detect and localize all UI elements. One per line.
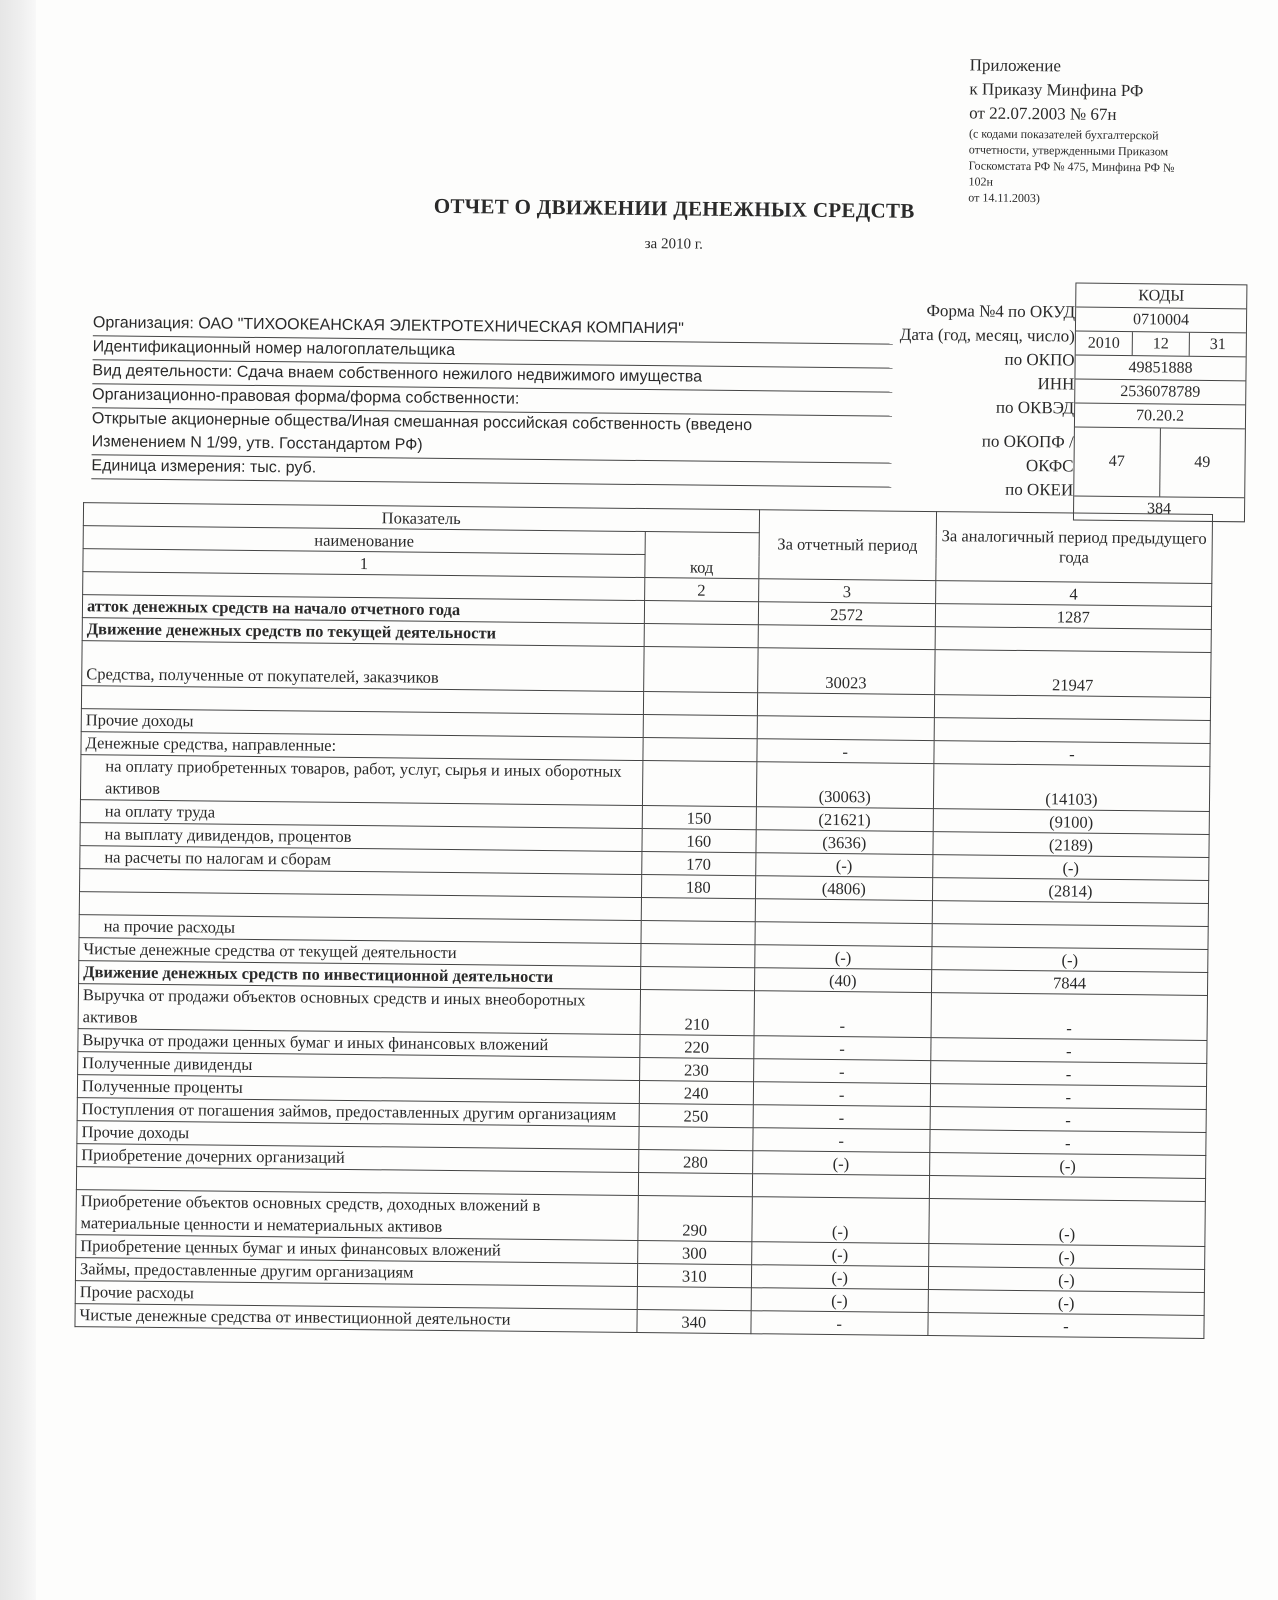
code-okud: 0710004 — [1076, 308, 1246, 334]
row-previous-value: - — [928, 1313, 1204, 1339]
row-previous-value: (-) — [929, 1199, 1206, 1247]
row-code: 230 — [639, 1058, 753, 1082]
row-code: 250 — [639, 1104, 753, 1128]
row-code — [644, 647, 758, 693]
row-code — [639, 1127, 753, 1151]
row-code: 210 — [640, 990, 754, 1036]
code-okopf-okfs: 47 49 — [1074, 428, 1245, 499]
row-current-value — [757, 716, 935, 741]
row-previous-value: (-) — [928, 1244, 1204, 1270]
row-current-value — [755, 899, 933, 924]
code-inn: 2536078789 — [1075, 380, 1245, 406]
appendix-note: Приложение к Приказу Минфина РФ от 22.07… — [968, 53, 1260, 208]
row-code: 240 — [639, 1081, 753, 1105]
row-current-value: - — [756, 739, 934, 764]
row-code — [644, 624, 758, 648]
row-name: Чистые денежные средства от инвестиционн… — [75, 1304, 637, 1333]
row-code: 160 — [642, 829, 756, 853]
row-current-value: - — [753, 1105, 931, 1130]
row-previous-value: - — [931, 1038, 1207, 1064]
table-body: атток денежных средств на начало отчетно… — [75, 595, 1212, 1339]
row-current-value: (-) — [755, 853, 933, 878]
row-previous-value: - — [934, 741, 1210, 767]
row-previous-value: (-) — [932, 947, 1208, 973]
row-code — [641, 944, 755, 968]
header-col-3: 3 — [758, 579, 936, 604]
row-current-value: (-) — [751, 1265, 929, 1290]
row-name: Приобретение объектов основных средств, … — [76, 1190, 638, 1241]
row-name: на оплату приобретенных товаров, работ, … — [80, 755, 642, 806]
document-page: Приложение к Приказу Минфина РФ от 22.07… — [0, 0, 1278, 1600]
row-current-value: (3636) — [756, 830, 934, 855]
code-date: 2010 12 31 — [1076, 332, 1246, 358]
row-code — [640, 967, 754, 991]
row-code: 220 — [640, 1035, 754, 1059]
row-code — [642, 761, 756, 807]
row-name: Выручка от продажи объектов основных сре… — [78, 984, 640, 1035]
row-previous-value: - — [930, 1061, 1206, 1087]
header-current: За отчетный период — [758, 510, 936, 581]
row-code: 150 — [642, 806, 756, 830]
row-code: 310 — [637, 1263, 751, 1287]
appendix-note-line: Госкомстата РФ № 475, Минфина РФ № — [969, 157, 1259, 176]
code-okopf: 47 — [1074, 428, 1160, 497]
row-previous-value — [935, 627, 1211, 653]
row-previous-value: 7844 — [931, 970, 1207, 996]
report-title: ОТЧЕТ О ДВИЖЕНИИ ДЕНЕЖНЫХ СРЕДСТВ — [394, 193, 954, 224]
date-month: 12 — [1133, 332, 1190, 356]
row-current-value: - — [754, 991, 932, 1038]
row-code — [641, 898, 755, 922]
row-current-value: - — [753, 1082, 931, 1107]
row-current-value: 30023 — [757, 648, 935, 695]
row-previous-value: (-) — [929, 1153, 1205, 1179]
row-code: 170 — [642, 852, 756, 876]
row-previous-value: 1287 — [935, 604, 1211, 630]
row-current-value: - — [753, 1036, 931, 1061]
row-current-value: (4806) — [755, 876, 933, 901]
row-current-value: (-) — [754, 945, 932, 970]
row-previous-value: - — [930, 1084, 1206, 1110]
code-okved: 70.20.2 — [1075, 404, 1245, 430]
row-previous-value — [932, 924, 1208, 950]
cash-flow-table: Показатель За отчетный период За аналоги… — [74, 502, 1213, 1339]
header-code: код — [645, 532, 759, 579]
appendix-note-line: от 14.11.2003) — [968, 189, 1258, 208]
row-previous-value: - — [930, 1130, 1206, 1156]
row-code: 340 — [637, 1309, 751, 1333]
row-code — [644, 601, 758, 625]
appendix-line: Приложение — [970, 53, 1260, 80]
row-previous-value: (2189) — [933, 832, 1209, 858]
row-code: 280 — [639, 1150, 753, 1174]
row-previous-value: (2814) — [932, 878, 1208, 904]
row-previous-value: (-) — [928, 1290, 1204, 1316]
row-current-value: - — [750, 1311, 928, 1336]
appendix-line: к Приказу Минфина РФ — [969, 77, 1259, 104]
row-current-value — [757, 693, 935, 718]
row-code — [643, 692, 757, 716]
row-previous-value: (-) — [933, 855, 1209, 881]
header-col-2: 2 — [644, 578, 758, 602]
date-year: 2010 — [1076, 332, 1133, 356]
row-current-value: - — [753, 1059, 931, 1084]
row-current-value: (40) — [754, 968, 932, 993]
row-current-value: (21621) — [756, 807, 934, 832]
row-code — [643, 715, 757, 739]
row-code: 300 — [638, 1241, 752, 1265]
row-previous-value — [929, 1176, 1205, 1202]
row-code — [643, 738, 757, 762]
row-code — [638, 1173, 752, 1197]
row-current-value: (-) — [751, 1242, 929, 1267]
row-previous-value — [934, 695, 1210, 721]
codes-box: КОДЫ 0710004 2010 12 31 49851888 2536078… — [1073, 283, 1247, 523]
row-previous-value: (14103) — [933, 764, 1210, 812]
row-current-value: 2572 — [758, 602, 936, 627]
row-previous-value — [932, 901, 1208, 927]
row-current-value — [758, 625, 936, 650]
row-current-value: (-) — [752, 1151, 930, 1176]
row-current-value: (-) — [751, 1197, 929, 1244]
row-current-value: (-) — [751, 1288, 929, 1313]
header-previous: За аналогичный период предыдущего года — [936, 512, 1213, 584]
row-current-value — [755, 922, 933, 947]
row-previous-value: (-) — [928, 1267, 1204, 1293]
code-okpo: 49851888 — [1075, 356, 1245, 382]
row-name: Средства, полученные от покупателей, зак… — [82, 641, 644, 692]
row-previous-value: - — [930, 1107, 1206, 1133]
row-previous-value: - — [931, 993, 1208, 1041]
row-previous-value: (9100) — [933, 809, 1209, 835]
codes-header: КОДЫ — [1076, 284, 1246, 310]
organization-info: Организация: ОАО "ТИХООКЕАНСКАЯ ЭЛЕКТРОТ… — [91, 312, 893, 487]
report-period: за 2010 г. — [394, 233, 954, 256]
row-code: 180 — [641, 875, 755, 899]
row-current-value: (30063) — [756, 762, 934, 809]
row-current-value: - — [752, 1128, 930, 1153]
row-previous-value: 21947 — [934, 650, 1211, 698]
date-day: 31 — [1190, 333, 1246, 357]
row-previous-value — [934, 718, 1210, 744]
header-col-4: 4 — [935, 581, 1211, 607]
code-okfs: 49 — [1160, 428, 1245, 497]
appendix-line: от 22.07.2003 № 67н — [969, 101, 1259, 128]
row-code — [641, 921, 755, 945]
row-code: 290 — [638, 1196, 752, 1242]
row-code — [637, 1286, 751, 1310]
row-current-value — [752, 1174, 930, 1199]
